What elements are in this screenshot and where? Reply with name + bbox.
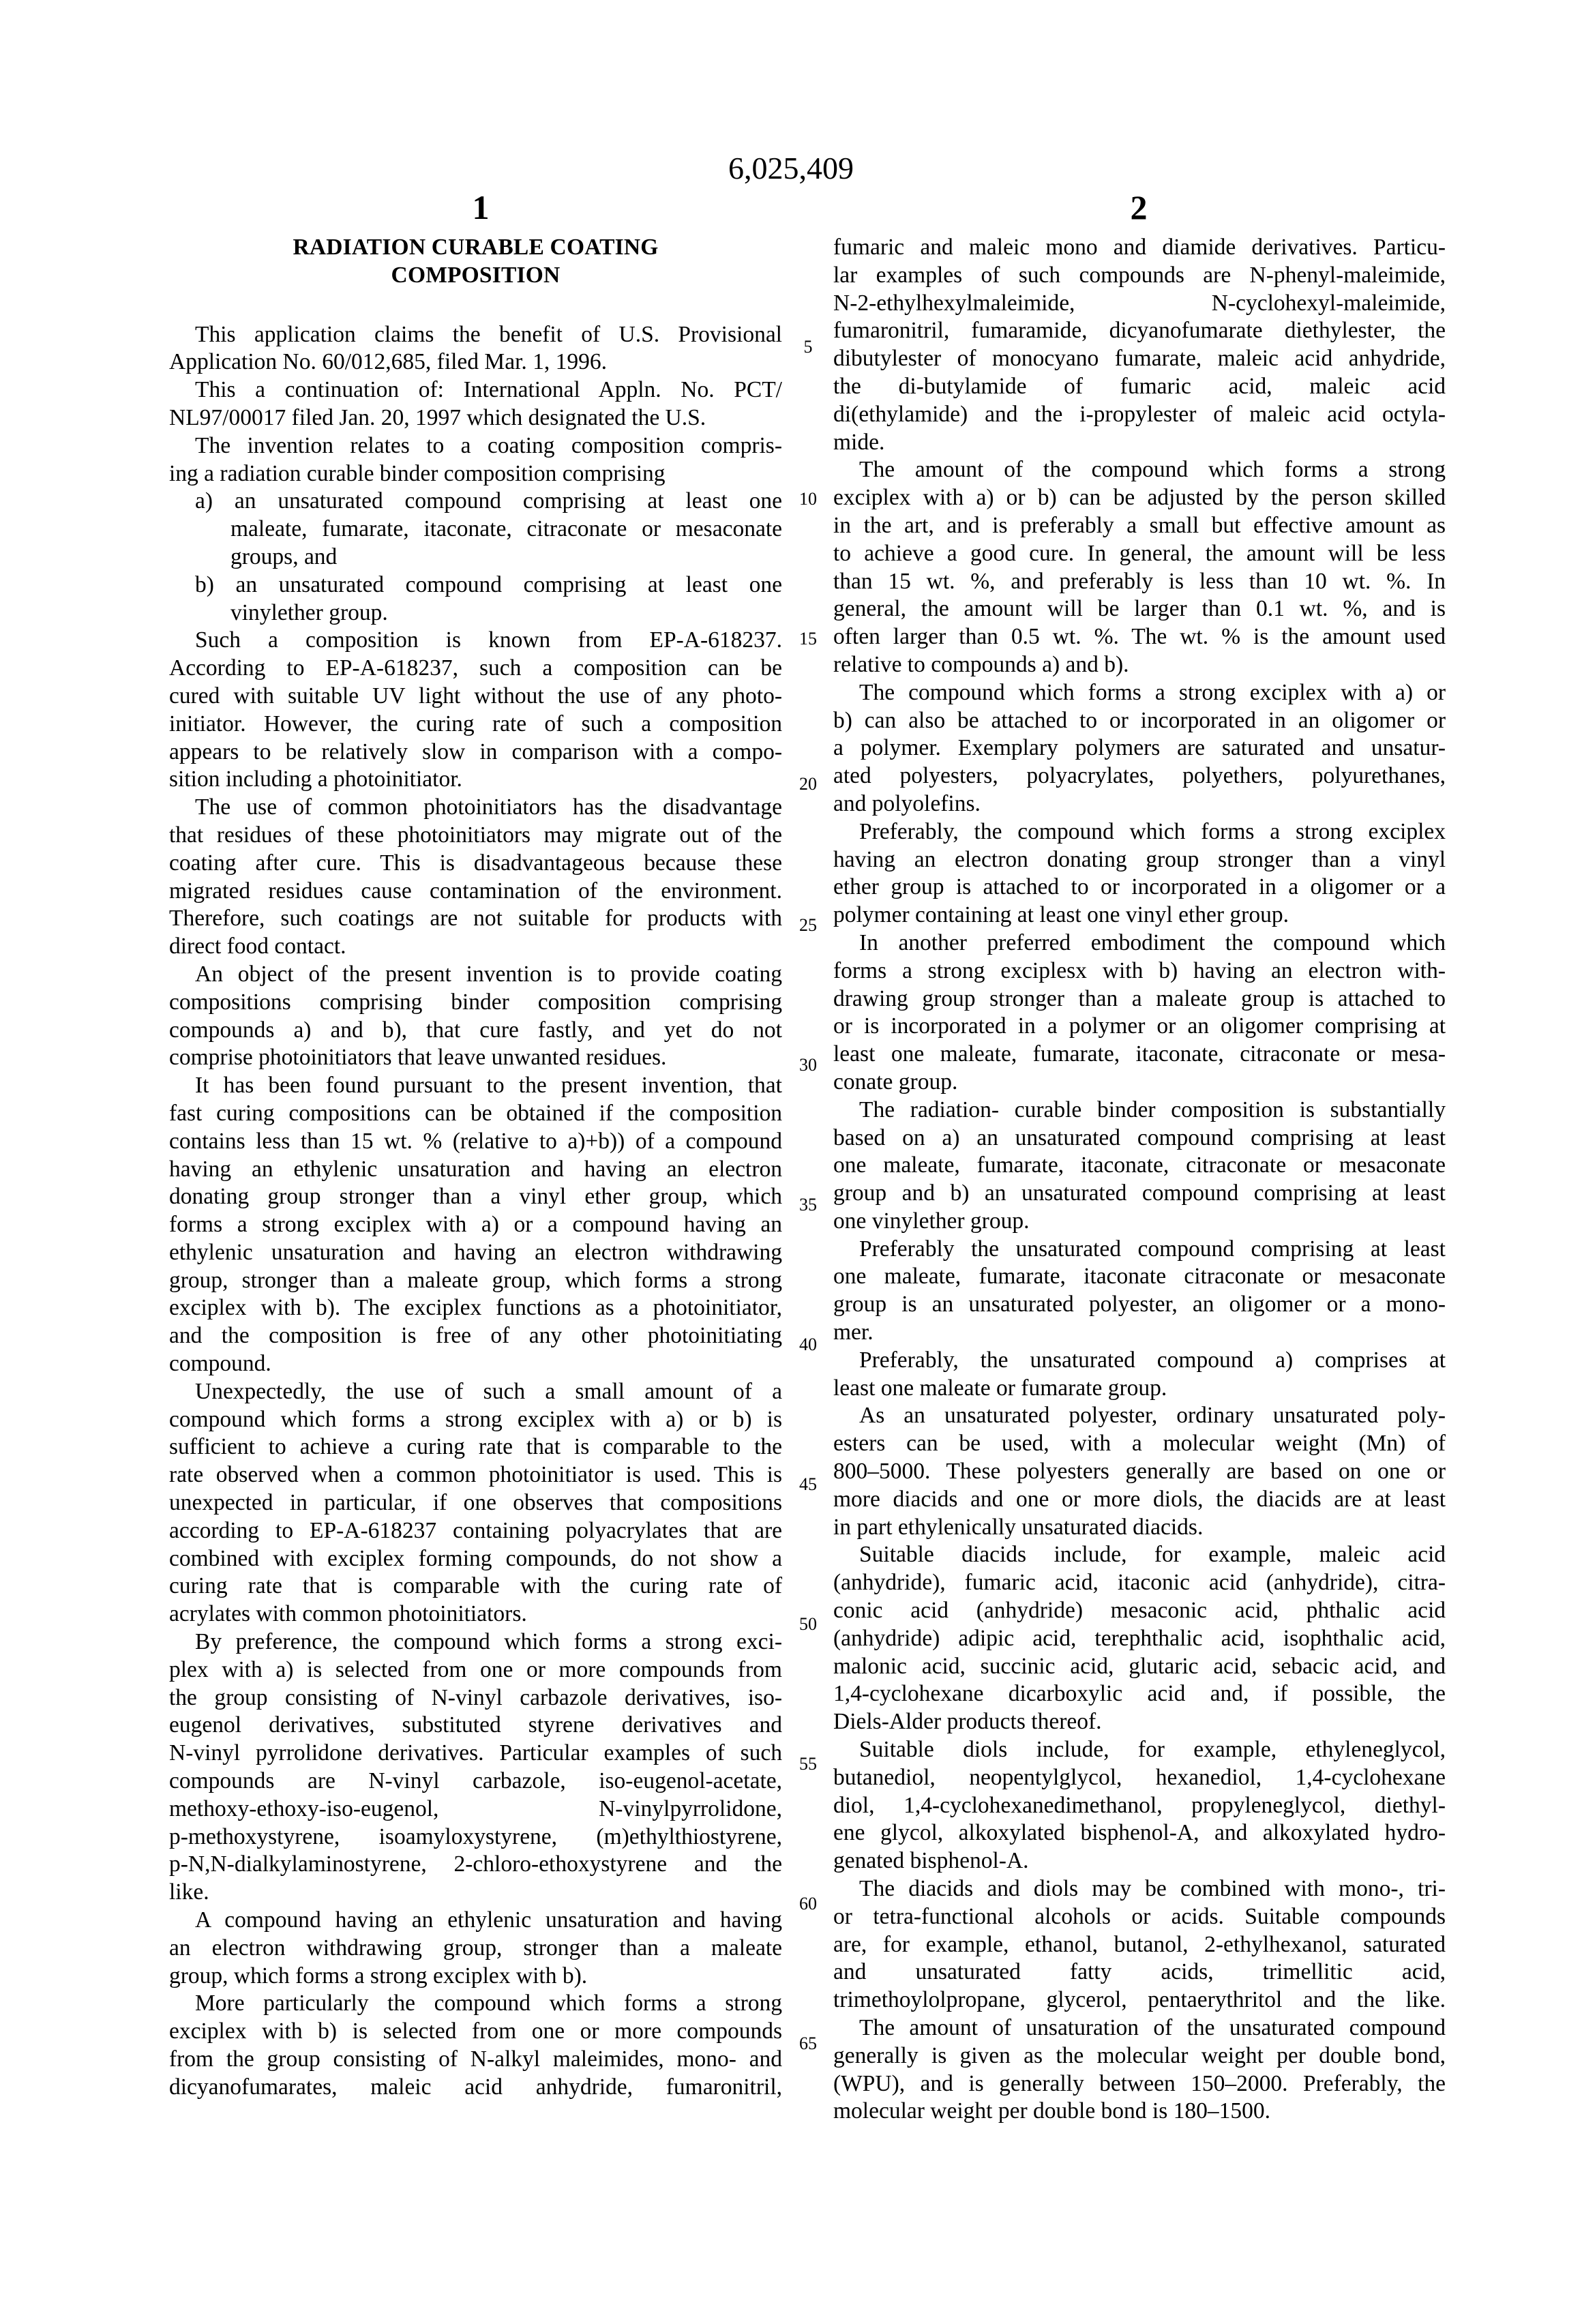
text-line: The amount of unsaturation of the unsatu… bbox=[833, 2014, 1446, 2042]
line-number: 40 bbox=[788, 1335, 829, 1355]
text-line: general, the amount will be larger than … bbox=[833, 595, 1446, 623]
text-line: genated bisphenol-A. bbox=[833, 1847, 1446, 1875]
text-line: having an electron donating group strong… bbox=[833, 846, 1446, 874]
text-line: or is incorporated in a polymer or an ol… bbox=[833, 1013, 1446, 1041]
text-line: drawing group stronger than a maleate gr… bbox=[833, 985, 1446, 1013]
text-line: maleate, fumarate, itaconate, citraconat… bbox=[169, 516, 782, 543]
text-line: The compound which forms a strong excipl… bbox=[833, 679, 1446, 707]
text-line: relative to compounds a) and b). bbox=[833, 651, 1446, 679]
text-line: Preferably the unsaturated compound comp… bbox=[833, 1236, 1446, 1264]
text-line: p-N,N-dialkylaminostyrene, 2-chloro-etho… bbox=[169, 1851, 782, 1879]
text-line: and the composition is free of any other… bbox=[169, 1322, 782, 1350]
text-line: ether group is attached to or incorporat… bbox=[833, 874, 1446, 902]
text-line: sition including a photoinitiator. bbox=[169, 766, 782, 794]
text-line: direct food contact. bbox=[169, 933, 782, 961]
text-line: an electron withdrawing group, stronger … bbox=[169, 1935, 782, 1963]
text-line: a) an unsaturated compound comprising at… bbox=[169, 488, 782, 516]
text-line: mide. bbox=[833, 429, 1446, 457]
title-spacer bbox=[169, 290, 782, 321]
text-line: esters can be used, with a molecular wei… bbox=[833, 1430, 1446, 1458]
text-line: vinylether group. bbox=[169, 599, 782, 627]
text-line: compounds a) and b), that cure fastly, a… bbox=[169, 1017, 782, 1045]
text-line: groups, and bbox=[169, 543, 782, 571]
text-line: the group consisting of N-vinyl carbazol… bbox=[169, 1684, 782, 1712]
text-line: 1,4-cyclohexane dicarboxylic acid and, i… bbox=[833, 1680, 1446, 1708]
line-number: 45 bbox=[788, 1474, 829, 1495]
line-number: 60 bbox=[788, 1894, 829, 1914]
text-line: cured with suitable UV light without the… bbox=[169, 683, 782, 711]
text-line: combined with exciplex forming compounds… bbox=[169, 1545, 782, 1573]
text-line: (WPU), and is generally between 150–2000… bbox=[833, 2070, 1446, 2098]
text-line: The use of common photoinitiators has th… bbox=[169, 794, 782, 822]
text-line: b) can also be attached to or incorporat… bbox=[833, 707, 1446, 735]
line-number: 55 bbox=[788, 1754, 829, 1774]
text-line: Diels-Alder products thereof. bbox=[833, 1708, 1446, 1736]
text-line: 800–5000. These polyesters generally are… bbox=[833, 1458, 1446, 1486]
text-line: often larger than 0.5 wt. %. The wt. % i… bbox=[833, 623, 1446, 651]
text-line: (anhydride), fumaric acid, itaconic acid… bbox=[833, 1569, 1446, 1597]
text-line: compounds are N-vinyl carbazole, iso-eug… bbox=[169, 1768, 782, 1796]
text-line: diol, 1,4-cyclohexanedimethanol, propyle… bbox=[833, 1792, 1446, 1820]
text-line: (anhydride) adipic acid, terephthalic ac… bbox=[833, 1625, 1446, 1653]
text-line: coating after cure. This is disadvantage… bbox=[169, 850, 782, 878]
text-line: migrated residues cause contamination of… bbox=[169, 878, 782, 906]
text-line: having an ethylenic unsaturation and hav… bbox=[169, 1156, 782, 1184]
text-line: like. bbox=[169, 1879, 782, 1907]
text-line: the di-butylamide of fumaric acid, malei… bbox=[833, 373, 1446, 401]
text-line: lar examples of such compounds are N-phe… bbox=[833, 262, 1446, 290]
text-line: dibutylester of monocyano fumarate, male… bbox=[833, 345, 1446, 373]
line-number: 35 bbox=[788, 1195, 829, 1215]
text-line: molecular weight per double bond is 180–… bbox=[833, 2098, 1446, 2126]
line-number: 65 bbox=[788, 2033, 829, 2054]
text-line: fast curing compositions can be obtained… bbox=[169, 1100, 782, 1128]
text-line: appears to be relatively slow in compari… bbox=[169, 739, 782, 766]
right-body-text: fumaric and maleic mono and diamide deri… bbox=[833, 234, 1446, 2126]
text-line: from the group consisting of N-alkyl mal… bbox=[169, 2046, 782, 2074]
text-line: one maleate, fumarate, itaconate, citrac… bbox=[833, 1152, 1446, 1180]
text-line: in part ethylenically unsaturated diacid… bbox=[833, 1514, 1446, 1542]
text-line: and unsaturated fatty acids, trimellitic… bbox=[833, 1958, 1446, 1986]
text-line: more diacids and one or more diols, the … bbox=[833, 1486, 1446, 1514]
text-line: curing rate that is comparable with the … bbox=[169, 1573, 782, 1600]
text-line: Preferably, the unsaturated compound a) … bbox=[833, 1347, 1446, 1375]
text-line: butanediol, neopentylglycol, hexanediol,… bbox=[833, 1764, 1446, 1792]
text-line: di(ethylamide) and the i-propylester of … bbox=[833, 401, 1446, 429]
text-line: This application claims the benefit of U… bbox=[169, 321, 782, 349]
line-number: 50 bbox=[788, 1614, 829, 1635]
text-line: least one maleate or fumarate group. bbox=[833, 1375, 1446, 1403]
text-line: This a continuation of: International Ap… bbox=[169, 376, 782, 404]
text-line: In another preferred embodiment the comp… bbox=[833, 929, 1446, 957]
text-line: based on a) an unsaturated compound comp… bbox=[833, 1124, 1446, 1152]
text-line: group is an unsaturated polyester, an ol… bbox=[833, 1291, 1446, 1319]
text-line: fumaric and maleic mono and diamide deri… bbox=[833, 234, 1446, 262]
line-number: 30 bbox=[788, 1055, 829, 1075]
text-line: b) an unsaturated compound comprising at… bbox=[169, 571, 782, 599]
text-line: one vinylether group. bbox=[833, 1208, 1446, 1236]
text-line: Unexpectedly, the use of such a small am… bbox=[169, 1378, 782, 1406]
text-line: acrylates with common photoinitiators. bbox=[169, 1600, 782, 1628]
text-line: plex with a) is selected from one or mor… bbox=[169, 1656, 782, 1684]
text-line: The radiation- curable binder compositio… bbox=[833, 1097, 1446, 1124]
text-line: The diacids and diols may be combined wi… bbox=[833, 1875, 1446, 1903]
text-line: NL97/00017 filed Jan. 20, 1997 which des… bbox=[169, 404, 782, 432]
text-line: a polymer. Exemplary polymers are satura… bbox=[833, 734, 1446, 762]
text-line: ated polyesters, polyacrylates, polyethe… bbox=[833, 762, 1446, 790]
line-number: 15 bbox=[788, 629, 829, 649]
text-line: compound which forms a strong exciplex w… bbox=[169, 1406, 782, 1434]
text-line: rate observed when a common photoinitiat… bbox=[169, 1461, 782, 1489]
text-line: group, stronger than a maleate group, wh… bbox=[169, 1267, 782, 1295]
line-number: 25 bbox=[788, 915, 829, 936]
text-line: By preference, the compound which forms … bbox=[169, 1628, 782, 1656]
text-line: comprise photoinitiators that leave unwa… bbox=[169, 1044, 782, 1072]
text-line: polymer containing at least one vinyl et… bbox=[833, 902, 1446, 929]
text-line: group and b) an unsaturated compound com… bbox=[833, 1180, 1446, 1208]
text-line: malonic acid, succinic acid, glutaric ac… bbox=[833, 1653, 1446, 1681]
text-line: N-vinyl pyrrolidone derivatives. Particu… bbox=[169, 1740, 782, 1768]
patent-number: 6,025,409 bbox=[0, 151, 1582, 185]
text-column-left: RADIATION CURABLE COATING COMPOSITION Th… bbox=[169, 234, 782, 2102]
text-line: group, which forms a strong exciplex wit… bbox=[169, 1963, 782, 1991]
document-title-line-1: RADIATION CURABLE COATING bbox=[169, 234, 782, 262]
text-line: An object of the present invention is to… bbox=[169, 961, 782, 989]
text-line: sufficient to achieve a curing rate that… bbox=[169, 1433, 782, 1461]
column-number-left: 1 bbox=[447, 188, 515, 226]
text-line: p-methoxystyrene, isoamyloxystyrene, (m)… bbox=[169, 1823, 782, 1851]
text-line: that residues of these photoinitiators m… bbox=[169, 822, 782, 850]
text-line: compositions comprising binder compositi… bbox=[169, 989, 782, 1017]
text-line: donating group stronger than a vinyl eth… bbox=[169, 1183, 782, 1211]
text-line: The invention relates to a coating compo… bbox=[169, 432, 782, 460]
text-line: ethylenic unsaturation and having an ele… bbox=[169, 1239, 782, 1267]
text-line: trimethoylolpropane, glycerol, pentaeryt… bbox=[833, 1986, 1446, 2014]
text-line: compound. bbox=[169, 1350, 782, 1378]
text-line: conate group. bbox=[833, 1069, 1446, 1097]
line-number: 10 bbox=[788, 489, 829, 509]
text-line: The amount of the compound which forms a… bbox=[833, 456, 1446, 484]
text-line: exciplex with a) or b) can be adjusted b… bbox=[833, 484, 1446, 512]
text-line: eugenol derivatives, substituted styrene… bbox=[169, 1712, 782, 1740]
text-line: least one maleate, fumarate, itaconate, … bbox=[833, 1041, 1446, 1069]
text-line: exciplex with b) is selected from one or… bbox=[169, 2018, 782, 2046]
text-line: to achieve a good cure. In general, the … bbox=[833, 540, 1446, 568]
text-line: forms a strong exciplex with a) or a com… bbox=[169, 1211, 782, 1239]
text-line: and polyolefins. bbox=[833, 790, 1446, 818]
text-line: mer. bbox=[833, 1319, 1446, 1347]
text-line: generally is given as the molecular weig… bbox=[833, 2042, 1446, 2070]
text-line: More particularly the compound which for… bbox=[169, 1990, 782, 2018]
text-line: Suitable diacids include, for example, m… bbox=[833, 1541, 1446, 1569]
text-line: According to EP-A-618237, such a composi… bbox=[169, 655, 782, 683]
line-number: 20 bbox=[788, 774, 829, 794]
text-line: contains less than 15 wt. % (relative to… bbox=[169, 1128, 782, 1156]
text-line: Suitable diols include, for example, eth… bbox=[833, 1736, 1446, 1764]
document-title-line-2: COMPOSITION bbox=[169, 262, 782, 290]
text-line: Therefore, such coatings are not suitabl… bbox=[169, 905, 782, 933]
left-body-text: This application claims the benefit of U… bbox=[169, 321, 782, 2102]
text-line: Preferably, the compound which forms a s… bbox=[833, 818, 1446, 846]
text-line: ene glycol, alkoxylated bisphenol-A, and… bbox=[833, 1819, 1446, 1847]
text-line: unexpected in particular, if one observe… bbox=[169, 1489, 782, 1517]
text-line: in the art, and is preferably a small bu… bbox=[833, 512, 1446, 540]
text-line: It has been found pursuant to the presen… bbox=[169, 1072, 782, 1100]
text-line: conic acid (anhydride) mesaconic acid, p… bbox=[833, 1597, 1446, 1625]
column-number-right: 2 bbox=[1105, 188, 1173, 226]
text-column-right: fumaric and maleic mono and diamide deri… bbox=[833, 234, 1446, 2126]
text-line: initiator. However, the curing rate of s… bbox=[169, 711, 782, 739]
text-line: one maleate, fumarate, itaconate citraco… bbox=[833, 1263, 1446, 1291]
text-line: Such a composition is known from EP-A-61… bbox=[169, 627, 782, 655]
text-line: fumaronitril, fumaramide, dicyanofumarat… bbox=[833, 317, 1446, 345]
line-number: 5 bbox=[788, 337, 829, 357]
text-line: methoxy-ethoxy-iso-eugenol, N-vinylpyrro… bbox=[169, 1796, 782, 1823]
text-line: forms a strong exciplesx with b) having … bbox=[833, 957, 1446, 985]
text-line: exciplex with b). The exciplex functions… bbox=[169, 1294, 782, 1322]
text-line: according to EP-A-618237 containing poly… bbox=[169, 1517, 782, 1545]
text-line: A compound having an ethylenic unsaturat… bbox=[169, 1907, 782, 1935]
text-line: dicyanofumarates, maleic acid anhydride,… bbox=[169, 2074, 782, 2102]
text-line: than 15 wt. %, and preferably is less th… bbox=[833, 568, 1446, 596]
text-line: or tetra-functional alcohols or acids. S… bbox=[833, 1903, 1446, 1931]
text-line: As an unsaturated polyester, ordinary un… bbox=[833, 1402, 1446, 1430]
text-line: Application No. 60/012,685, filed Mar. 1… bbox=[169, 348, 782, 376]
text-line: ing a radiation curable binder compositi… bbox=[169, 460, 782, 488]
text-line: are, for example, ethanol, butanol, 2-et… bbox=[833, 1931, 1446, 1959]
text-line: N-2-ethylhexylmaleimide, N-cyclohexyl-ma… bbox=[833, 290, 1446, 318]
